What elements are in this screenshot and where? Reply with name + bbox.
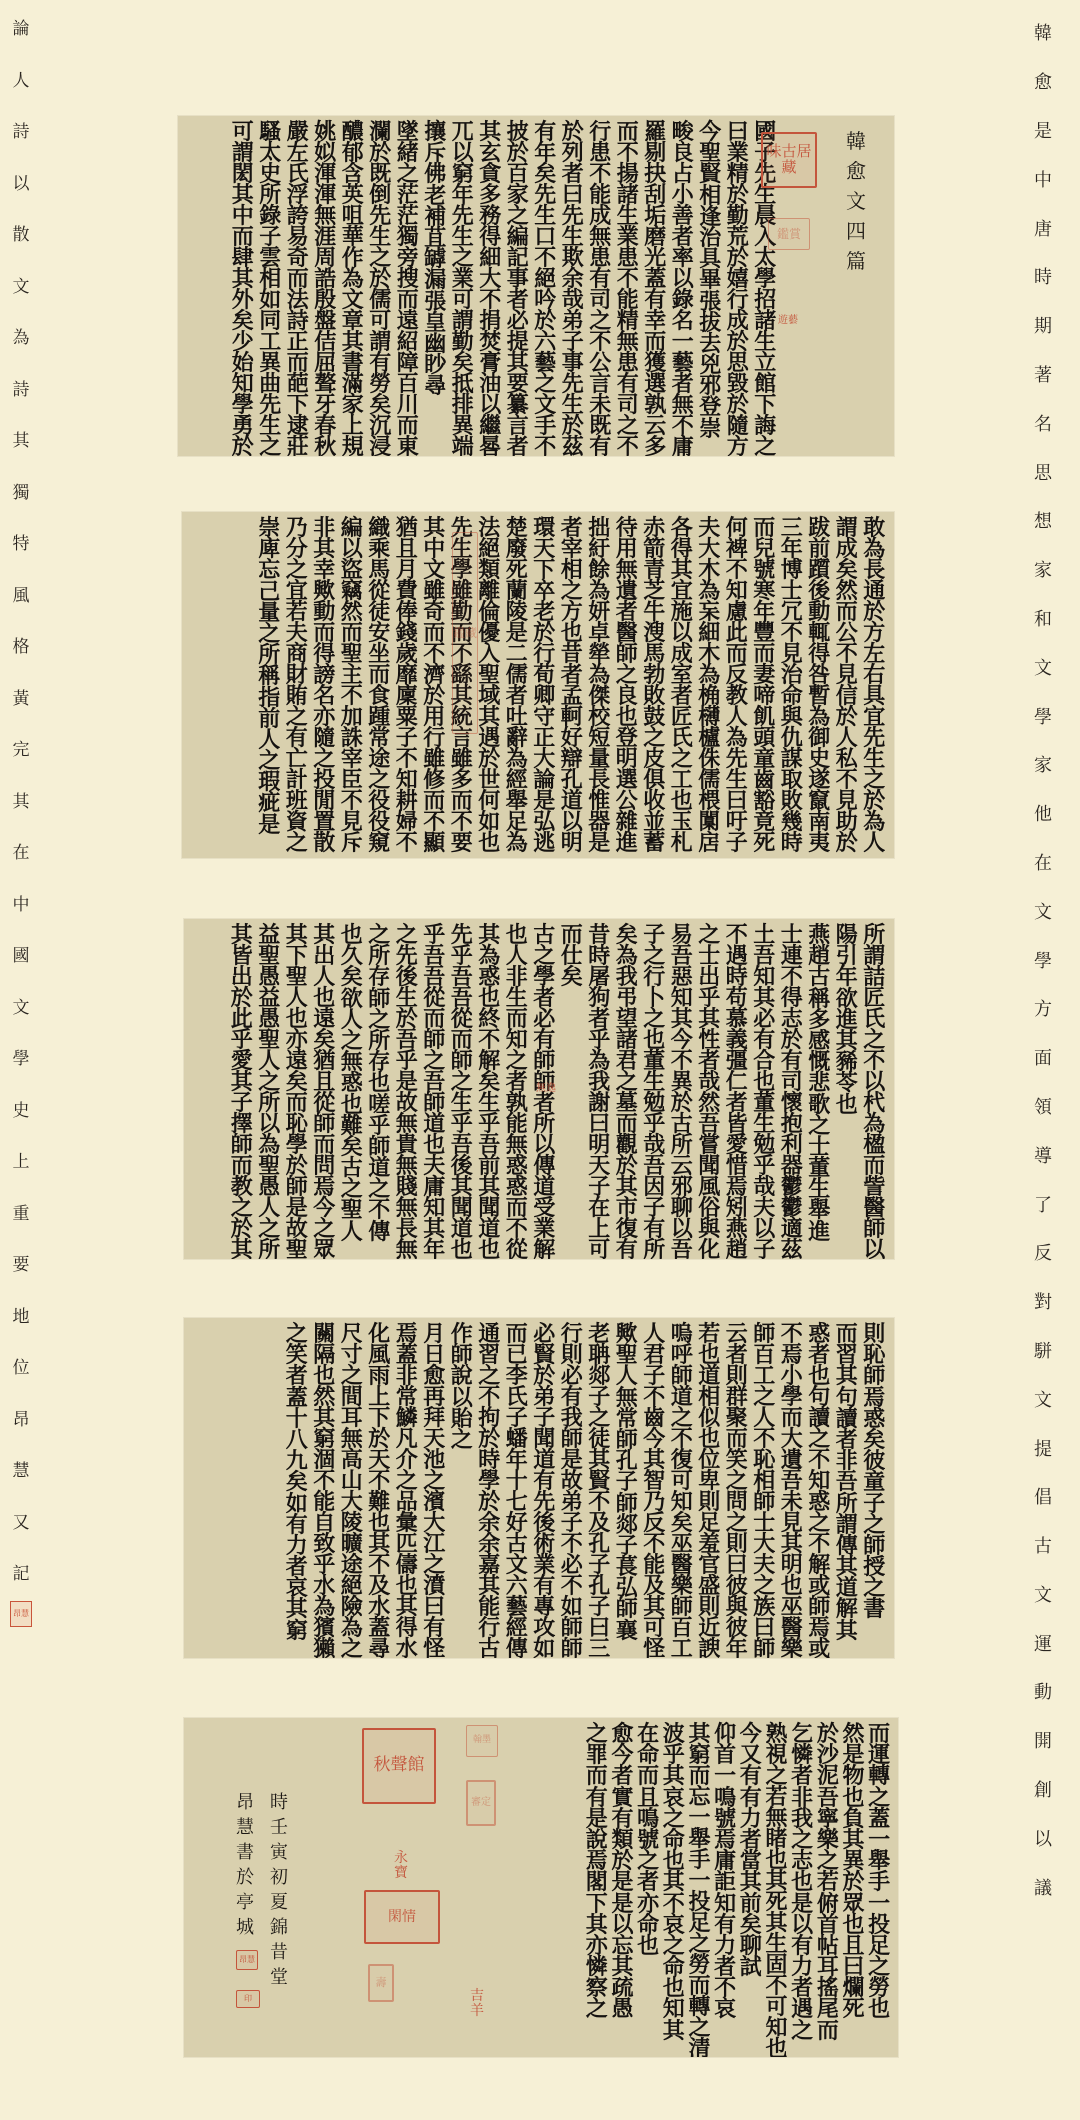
text-column: 士連不得志於有司懷抱利器鬱鬱適茲 — [778, 925, 806, 1253]
text-column: 醲郁含英咀華作為文章其書滿家上規 — [339, 122, 367, 450]
inscription-character: 運 — [1034, 1620, 1052, 1669]
inscription-character: 期 — [1034, 303, 1052, 352]
inscription-character: 是 — [1034, 108, 1052, 157]
text-column: 其出人也遠矣猶且從師而問焉今之眾 — [311, 925, 339, 1253]
collector-seal: 壽 — [368, 1964, 394, 2002]
calligraphy-panel-5: 而運轉之蓋一舉手一投足之勞也然是物也負其異於眾也且曰爛死於沙泥吾寧樂之若俯首帖耳… — [184, 1718, 898, 2057]
text-column: 其下聖人也亦遠矣而恥學於師是故聖 — [283, 925, 311, 1253]
text-column: 楚廢死蘭陵是二儒者吐辭為經舉足為 — [503, 518, 531, 852]
inscription-character: 詩 — [13, 107, 30, 159]
inscription-character: 位 — [13, 1343, 30, 1395]
text-column: 攘斥佛老補苴罅漏張皇幽眇尋 — [422, 122, 450, 450]
colophon-character: 初 — [270, 1865, 288, 1890]
inscription-seal: 昂慧 — [10, 1601, 32, 1627]
inscription-character: 導 — [1034, 1132, 1052, 1181]
inscription-character: 重 — [13, 1189, 30, 1241]
inscription-character: 其 — [13, 416, 30, 468]
inscription-character: 中 — [1034, 156, 1052, 205]
colophon-character: 亭 — [236, 1890, 254, 1915]
text-column: 行患不能成無患有司之不公言未既有 — [587, 122, 615, 450]
inscription-character: 對 — [1034, 1279, 1052, 1328]
inscription-character: 要 — [13, 1240, 30, 1292]
text-column: 而習其句讀者非吾所謂傳其道解其 — [833, 1324, 861, 1652]
text-column: 然是物也負其異於眾也且曰爛死 — [841, 1724, 867, 2051]
text-column: 子之行卜之也董生勉乎哉吾因子有所 — [641, 925, 669, 1253]
text-column: 師百工之人不恥相師士大夫之族曰師 — [751, 1324, 779, 1652]
text-column: 之笑者蓋十八九矣如有力者哀其窮 — [283, 1324, 311, 1652]
colophon-character: 時 — [270, 1790, 288, 1815]
text-column: 墜緒之茫茫獨旁搜而遠紹障百川而東 — [394, 122, 422, 450]
inscription-character: 家 — [1034, 547, 1052, 596]
text-column: 乎吾吾從而師之吾師道也夫庸知其年 — [421, 925, 449, 1253]
inscription-character: 文 — [1034, 888, 1052, 937]
text-column: 騷太史所錄子雲相如同工異曲先生之 — [257, 122, 285, 450]
text-column: 尺寸之間耳無高山大陵曠途絕險為之 — [338, 1324, 366, 1652]
calligraphy-panel-4: 則恥師焉惑矣彼童子之師授之書而習其句讀者非吾所謂傳其道解其惑者也句讀之不知惑之不… — [184, 1318, 894, 1658]
inscription-character: 其 — [13, 777, 30, 829]
faint-collector-seal: 鑑藏 — [452, 532, 478, 734]
text-column: 可謂閎其中而肆其外矣少始知學勇於 — [229, 122, 257, 450]
text-column: 而兒號寒年豐而妻啼飢頭童齒豁竟死 — [751, 518, 779, 852]
inscription-character: 了 — [1034, 1181, 1052, 1230]
text-column: 月日愈再拜天池之濱大江之濆曰有怪 — [421, 1324, 449, 1652]
panel-text-columns: 則恥師焉惑矣彼童子之師授之書而習其句讀者非吾所謂傳其道解其惑者也句讀之不知惑之不… — [190, 1324, 888, 1652]
colophon-character: 書 — [236, 1840, 254, 1865]
text-column: 云者則群聚而笑之問之則曰彼與彼年 — [723, 1324, 751, 1652]
colophon-character: 於 — [236, 1865, 254, 1890]
text-column: 不遇時苟慕義彊仁者皆愛惜焉矧燕趙 — [723, 925, 751, 1253]
inscription-character: 反 — [1034, 1230, 1052, 1279]
title-character: 篇 — [846, 246, 866, 276]
text-column: 先乎吾吾從而師之生乎吾後其聞道也 — [448, 925, 476, 1253]
inscription-character: 完 — [13, 725, 30, 777]
collector-seal: 味古居藏 — [761, 132, 817, 188]
panel-text-columns: 敢為長通於方左右具宜先生之於為人謂成矣然而公不見信於人私不見助於跋前躓後動輒得咎… — [188, 518, 888, 852]
text-column: 羅剔抉刮垢磨光蓋有幸而獲選孰云多 — [642, 122, 670, 450]
inscription-character: 黃 — [13, 674, 30, 726]
text-column: 化風雨上下於天不難也其不及水蓋尋 — [366, 1324, 394, 1652]
text-column: 益聖愚益愚聖人之所以為聖愚人之所 — [256, 925, 284, 1253]
text-column: 行則必有我師是故弟子不必不如師師 — [558, 1324, 586, 1652]
text-column: 瀾於既倒先生之於儒可謂有勞矣沉浸 — [367, 122, 395, 450]
inscription-character: 面 — [1034, 1035, 1052, 1084]
text-column: 作師說以貽之 — [448, 1324, 476, 1652]
calligraphy-panel-2: 敢為長通於方左右具宜先生之於為人謂成矣然而公不見信於人私不見助於跋前躓後動輒得咎… — [182, 512, 894, 858]
text-column: 其玄貪多務得細大不捐焚膏油以繼晷 — [477, 122, 505, 450]
text-column: 於列者曰先生欺余哉弟子事先生於茲 — [559, 122, 587, 450]
text-column: 通習之不拘於時學於余余嘉其能行古 — [476, 1324, 504, 1652]
text-column: 今聖賢相逢治具畢張拔去兇邪登崇 — [697, 122, 725, 450]
inscription-character: 在 — [13, 828, 30, 880]
text-column: 其窮而忘一舉手一投足之勞而轉之清 — [687, 1724, 713, 2051]
inscription-character: 他 — [1034, 791, 1052, 840]
text-column: 乃分之宜若夫商財賄之有亡計班資之 — [283, 518, 311, 852]
text-column: 嚴左氏浮誇易奇而法詩正而葩下逮莊 — [284, 122, 312, 450]
panel-title: 韓愈文四篇 — [846, 126, 866, 276]
text-column: 必賢於弟子聞道有先後術業有專攻如 — [531, 1324, 559, 1652]
inscription-character: 倡 — [1034, 1474, 1052, 1523]
collector-seal: 翰墨 — [466, 1725, 498, 1757]
inscription-character: 古 — [1034, 1523, 1052, 1572]
text-column: 何裨不知慮此而反教人為先生曰吁子 — [723, 518, 751, 852]
text-column: 人君子不齒今其智乃反不能及其可怪 — [641, 1324, 669, 1652]
inscription-character: 想 — [1034, 498, 1052, 547]
text-column: 若也道相似也位卑則足羞官盛則近諛 — [696, 1324, 724, 1652]
colophon-signature-line: 昂慧書於亭城 — [236, 1790, 254, 1940]
text-column: 而不揚諸生業患不能精無患有司之不 — [614, 122, 642, 450]
inscription-character: 中 — [13, 880, 30, 932]
inscription-character: 領 — [1034, 1084, 1052, 1133]
inscription-character: 以 — [13, 159, 30, 211]
collector-seal: 永寶 — [388, 1848, 414, 1884]
title-character: 文 — [846, 186, 866, 216]
collector-seal: 閑情 — [364, 1890, 440, 1944]
text-column: 則恥師焉惑矣彼童子之師授之書 — [861, 1324, 889, 1652]
colophon-character: 城 — [236, 1915, 254, 1940]
text-column: 之所存師之所存也嗟乎師道之不傳 — [366, 925, 394, 1253]
colophon-character: 壬 — [270, 1815, 288, 1840]
text-column: 其為惑也終不解矣生乎吾前其聞道也 — [476, 925, 504, 1253]
inscription-character: 家 — [1034, 742, 1052, 791]
inscription-character: 又 — [13, 1498, 30, 1550]
panel-text-columns: 國子先生晨入太學招諸生立館下誨之曰業精於勤荒於嬉行成於思毀於隨方今聖賢相逢治具畢… — [184, 122, 779, 450]
colophon-character: 昔 — [270, 1940, 288, 1965]
inscription-character: 唐 — [1034, 205, 1052, 254]
text-column: 曰業精於勤荒於嬉行成於思毀於隨方 — [724, 122, 752, 450]
text-column: 也人非生而知之者孰能無惑惑而不從 — [503, 925, 531, 1253]
text-column: 仰首一鳴號焉庸詎知有力者不哀 — [712, 1724, 738, 2051]
colophon-character: 夏 — [270, 1890, 288, 1915]
title-character: 韓 — [846, 126, 866, 156]
text-column: 其皆出於此乎愛其子擇師而教之於其 — [228, 925, 256, 1253]
inscription-character: 時 — [1034, 254, 1052, 303]
text-column: 謂成矣然而公不見信於人私不見助於 — [833, 518, 861, 852]
text-column: 之罪而有是說焉閣下其亦憐察之 — [584, 1724, 610, 2051]
inscription-character: 慧 — [13, 1446, 30, 1498]
text-column: 愈今者實有類於是是以忘其疏愚 — [610, 1724, 636, 2051]
text-column: 陽引年欲進其豨苓也 — [833, 925, 861, 1253]
inscription-character: 獨 — [13, 468, 30, 520]
inscription-character: 格 — [13, 622, 30, 674]
inscription-character: 學 — [1034, 693, 1052, 742]
text-column: 跋前躓後動輒得咎暫為御史遂竄南夷 — [806, 518, 834, 852]
text-column: 之士出乎其性者哉然吾嘗聞風俗與化 — [696, 925, 724, 1253]
text-column: 編以盜竊然而聖主不加誅宰臣不見斥 — [338, 518, 366, 852]
inscription-character: 詩 — [13, 365, 30, 417]
right-inscription: 韓愈是中唐時期著名思想家和文學家他在文學方面領導了反對駢文提倡古文運動開創以議 — [1018, 10, 1068, 1913]
inscription-character: 史 — [13, 1086, 30, 1138]
colophon-character: 錦 — [270, 1915, 288, 1940]
inscription-character: 開 — [1034, 1718, 1052, 1767]
text-column: 燕趙古稱多感慨悲歌之士董生舉進 — [806, 925, 834, 1253]
text-column: 赤箭青芝牛溲馬勃敗鼓之皮俱收並蓄 — [641, 518, 669, 852]
inscription-character: 韓 — [1034, 10, 1052, 59]
inscription-character: 方 — [1034, 986, 1052, 1035]
text-column: 者宰相之方也昔者孟軻好辯孔道以明 — [558, 518, 586, 852]
inscription-character: 為 — [13, 313, 30, 365]
small-seal: 無逸 — [536, 1075, 556, 1103]
text-column: 崇庳忘己量之所稱指前人之瑕疵是 — [256, 518, 284, 852]
text-column: 矣為我弔望諸君之墓而觀於其市復有 — [613, 925, 641, 1253]
colophon-character: 寅 — [270, 1840, 288, 1865]
inscription-character: 論 — [13, 4, 30, 56]
text-column: 在命而且鳴號之者亦命也 — [635, 1724, 661, 2051]
inscription-character: 風 — [13, 571, 30, 623]
inscription-character: 特 — [13, 519, 30, 571]
text-column: 於沙泥吾寧樂之若俯首帖耳搖尾而 — [815, 1724, 841, 2051]
title-character: 四 — [846, 216, 866, 246]
inscription-character: 文 — [1034, 1572, 1052, 1621]
text-column: 有年矣先生口不絕吟於六藝之文手不 — [532, 122, 560, 450]
inscription-character: 學 — [13, 1034, 30, 1086]
text-column: 環天下卒老於行荀卿守正大論是弘逃 — [531, 518, 559, 852]
text-column: 嗚呼師道之不復可知矣巫醫樂師百工 — [668, 1324, 696, 1652]
inscription-character: 著 — [1034, 352, 1052, 401]
text-column: 夫大木為杗細木為桷欂櫨侏儒椳闑扂 — [696, 518, 724, 852]
inscription-character: 動 — [1034, 1669, 1052, 1718]
text-column: 兀以窮年先生之業可謂勤矣抵排異端 — [449, 122, 477, 450]
text-column: 猶且月費俸錢歲靡廩粟子不知耕婦不 — [393, 518, 421, 852]
inscription-character: 名 — [1034, 400, 1052, 449]
inscription-character: 記 — [13, 1549, 30, 1601]
inscription-character: 人 — [13, 56, 30, 108]
colophon-character: 昂 — [236, 1790, 254, 1815]
text-column: 織乘馬從徒安坐而食踵常途之役役窺 — [366, 518, 394, 852]
inscription-character: 上 — [13, 1137, 30, 1189]
text-column: 之先後生於吾乎是故無貴無賤無長無 — [393, 925, 421, 1253]
inscription-character: 以 — [1034, 1815, 1052, 1864]
text-column: 老聃郯子之徒其賢不及孔子孔子曰三 — [586, 1324, 614, 1652]
text-column: 法絕類離倫優入聖域其遇於世何如也 — [476, 518, 504, 852]
inscription-character: 學 — [1034, 937, 1052, 986]
inscription-character: 愈 — [1034, 59, 1052, 108]
signature-seal: 昂慧 — [236, 1950, 258, 1970]
collector-seal: 鑑賞 — [768, 218, 810, 250]
inscription-character: 地 — [13, 1292, 30, 1344]
collector-seal: 秋聲館 — [362, 1728, 436, 1804]
text-column: 惑者也句讀之不知惑之不解或師焉或 — [806, 1324, 834, 1652]
inscription-character: 國 — [13, 931, 30, 983]
text-column: 而已李氏子蟠年十七好古文六藝經傳 — [503, 1324, 531, 1652]
text-column: 易吾惡知其今不異於古所云邪聊以吾 — [668, 925, 696, 1253]
text-column: 昔時屠狗者乎為我謝曰明天子在上可 — [586, 925, 614, 1253]
title-character: 愈 — [846, 156, 866, 186]
collector-seal: 吉羊 — [464, 1980, 490, 2028]
calligraphy-panel-3: 所謂詰匠氏之不以杙為楹而訾醫師以陽引年欲進其豨苓也燕趙古稱多感慨悲歌之士董生舉進… — [184, 919, 894, 1259]
text-column: 拙紆餘為妍卓犖為傑校短量長惟器是 — [586, 518, 614, 852]
inscription-character: 思 — [1034, 449, 1052, 498]
inscription-character: 昂 — [13, 1395, 30, 1447]
inscription-character: 文 — [1034, 1376, 1052, 1425]
text-column: 今又有有力者當其前矣聊試 — [738, 1724, 764, 2051]
left-inscription: 論人詩以散文為詩其獨特風格黃完其在中國文學史上重要地位昂慧又記昂慧 — [2, 4, 40, 1627]
text-column: 歟聖人無常師孔子師郯子萇弘師襄 — [613, 1324, 641, 1652]
text-column: 所謂詰匠氏之不以杙為楹而訾醫師以 — [861, 925, 889, 1253]
inscription-character: 在 — [1034, 840, 1052, 889]
panel-text-columns: 而運轉之蓋一舉手一投足之勞也然是物也負其異於眾也且曰爛死於沙泥吾寧樂之若俯首帖耳… — [584, 1724, 892, 2051]
text-column: 披於百家之編記事者必提其要纂言者 — [504, 122, 532, 450]
collector-seal: 審定 — [466, 1780, 496, 1826]
text-column: 姚姒渾渾無涯周誥殷盤佶屈聱牙春秋 — [312, 122, 340, 450]
text-column: 焉蓋非常鱗凡介之品彙匹儔也其得水 — [393, 1324, 421, 1652]
text-column: 也久矣欲人之無惑也難矣古之聖人 — [338, 925, 366, 1253]
text-column: 不焉小學而大遺吾未見其明也巫醫樂 — [778, 1324, 806, 1652]
inscription-character: 議 — [1034, 1864, 1052, 1913]
inscription-character: 創 — [1034, 1767, 1052, 1816]
text-column: 畯良占小善者率以錄名一藝者無不庸 — [669, 122, 697, 450]
text-column: 非其幸歟動而得謗名亦隨之投閒置散 — [311, 518, 339, 852]
small-seal: 遊藝 — [778, 306, 798, 336]
colophon-date-line: 時壬寅初夏錦昔堂 — [270, 1790, 288, 1990]
text-column: 敢為長通於方左右具宜先生之於為人 — [861, 518, 889, 852]
text-column: 熟視之若無睹也其死其生固不可知也 — [764, 1724, 790, 2051]
inscription-character: 和 — [1034, 596, 1052, 645]
calligraphy-panel-1: 國子先生晨入太學招諸生立館下誨之曰業精於勤荒於嬉行成於思毀於隨方今聖賢相逢治具畢… — [178, 116, 894, 456]
text-column: 各得其宜施以成室者匠氏之工也玉札 — [668, 518, 696, 852]
text-column: 乞憐者非我之志也是以有力者遇之 — [789, 1724, 815, 2051]
text-column: 土吾知其必有合也董生勉乎哉夫以子 — [751, 925, 779, 1253]
inscription-character: 文 — [1034, 644, 1052, 693]
text-column: 三年博士冗不見治命與仇謀取敗幾時 — [778, 518, 806, 852]
text-column: 關隔也然其窮涸不能自致乎水為獱獺 — [311, 1324, 339, 1652]
text-column: 波乎其哀之命也其不哀之命也知其 — [661, 1724, 687, 2051]
text-column: 而仕矣 — [558, 925, 586, 1253]
text-column: 而運轉之蓋一舉手一投足之勞也 — [866, 1724, 892, 2051]
colophon-character: 慧 — [236, 1815, 254, 1840]
inscription-character: 駢 — [1034, 1328, 1052, 1377]
colophon-character: 堂 — [270, 1965, 288, 1990]
text-column: 其中文雖奇而不濟於用行雖修而不顯 — [421, 518, 449, 852]
inscription-character: 散 — [13, 210, 30, 262]
inscription-character: 提 — [1034, 1425, 1052, 1474]
signature-seal: 印 — [236, 1990, 260, 2008]
inscription-character: 文 — [13, 983, 30, 1035]
text-column: 待用無遺者醫師之良也登明選公雜進 — [613, 518, 641, 852]
inscription-character: 文 — [13, 262, 30, 314]
